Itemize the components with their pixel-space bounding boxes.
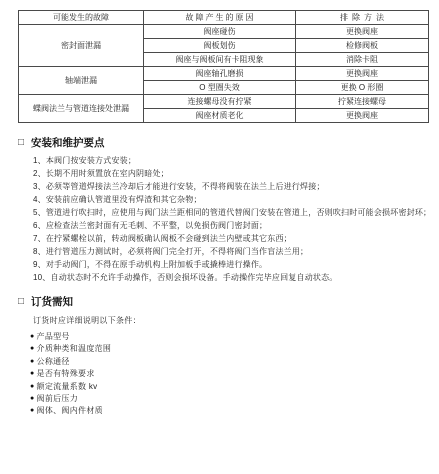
cause-cell: 连接螺母没有拧紧 — [144, 95, 296, 109]
list-item: 9、对手动阀门，不得在原手动机构上附加板手或撬棒进行操作。 — [33, 258, 428, 271]
section-checkbox-icon: □ — [18, 136, 24, 150]
list-item: 10、自动状态时不允许手动操作，否则会损坏设备。手动操作完毕应回复自动状态。 — [33, 271, 428, 284]
cause-cell: 阀座材质老化 — [144, 109, 296, 123]
bullet-icon: ● — [30, 368, 35, 380]
bullet-label: 额定流量系数 kv — [37, 381, 98, 393]
list-item: ● 额定流量系数 kv — [30, 381, 428, 393]
remedy-cell: 更换阀座 — [296, 25, 429, 39]
bullet-label: 介质种类和温度范围 — [37, 343, 112, 355]
document-page: 可能发生的故障 故障产生的原因 排除方法 密封面泄漏 阀座碰伤 更换阀座 阀板划… — [0, 0, 439, 474]
cause-cell: 阀座与阀板间有卡阻现象 — [144, 53, 296, 67]
cause-cell: 阀板划伤 — [144, 39, 296, 53]
order-section-title: 订货需知 — [31, 295, 73, 309]
header-remedy: 排除方法 — [296, 11, 429, 25]
fault-table: 可能发生的故障 故障产生的原因 排除方法 密封面泄漏 阀座碰伤 更换阀座 阀板划… — [18, 10, 429, 123]
bullet-icon: ● — [30, 381, 35, 393]
cause-cell: 阀座轴孔磨损 — [144, 67, 296, 81]
cause-cell: O 型圈失效 — [144, 81, 296, 95]
list-item: ● 产品型号 — [30, 331, 428, 343]
list-item: 5、管道进行吹扫时，应使用与阀门法兰距相同的管道代替阀门安装在管道上，否则吹扫时… — [33, 206, 428, 219]
header-fault-cause: 故障产生的原因 — [144, 11, 296, 25]
table-row: 轴端泄漏 阀座轴孔磨损 更换阀座 — [19, 67, 429, 81]
bullet-label: 是否有特殊要求 — [37, 368, 95, 380]
fault-cell-shaft-leak: 轴端泄漏 — [19, 67, 144, 95]
cause-cell: 阀座碰伤 — [144, 25, 296, 39]
remedy-cell: 更换阀座 — [296, 109, 429, 123]
install-section-heading: □ 安装和维护要点 — [18, 136, 428, 150]
list-item: 8、进行管道压力测试时，必须将阀门完全打开，不得将阀门当作盲法兰用； — [33, 245, 428, 258]
header-possible-fault: 可能发生的故障 — [19, 11, 144, 25]
table-row: 密封面泄漏 阀座碰伤 更换阀座 — [19, 25, 429, 39]
list-item: 1、本阀门按安装方式安装； — [33, 154, 428, 167]
list-item: 2、长期不用时须置放在室内阴暗处； — [33, 167, 428, 180]
install-item-list: 1、本阀门按安装方式安装； 2、长期不用时须置放在室内阴暗处； 3、必须等管道焊… — [33, 154, 428, 284]
remedy-cell: 消除卡阻 — [296, 53, 429, 67]
order-intro-text: 订货时应详细说明以下条件： — [33, 315, 428, 327]
order-bullet-list: ● 产品型号 ● 介质种类和温度范围 ● 公称通径 ● 是否有特殊要求 ● 额定… — [30, 331, 428, 418]
list-item: 7、在拧紧螺栓以前，转动阀板确认阀板不会碰到法兰内壁或其它东西； — [33, 232, 428, 245]
remedy-cell: 检修阀板 — [296, 39, 429, 53]
bullet-label: 公称通径 — [37, 356, 70, 368]
list-item: ● 阀前后压力 — [30, 393, 428, 405]
section-checkbox-icon: □ — [18, 295, 24, 309]
remedy-cell: 更换阀座 — [296, 67, 429, 81]
bullet-icon: ● — [30, 343, 35, 355]
list-item: 3、必须等管道焊接法兰冷却后才能进行安装，不得将阀装在法兰上后进行焊接； — [33, 180, 428, 193]
list-item: ● 公称通径 — [30, 356, 428, 368]
remedy-cell: 更换 O 形圈 — [296, 81, 429, 95]
list-item: 6、应检查法兰密封面有无毛刺、不平整，以免损伤阀门密封面； — [33, 219, 428, 232]
table-header-row: 可能发生的故障 故障产生的原因 排除方法 — [19, 11, 429, 25]
bullet-label: 产品型号 — [37, 331, 70, 343]
bullet-label: 阀体、阀内件材质 — [37, 405, 103, 417]
bullet-icon: ● — [30, 405, 35, 417]
list-item: 4、安装前应确认管道里没有焊渣和其它杂物； — [33, 193, 428, 206]
list-item: ● 阀体、阀内件材质 — [30, 405, 428, 417]
bullet-icon: ● — [30, 393, 35, 405]
remedy-cell: 拧紧连接螺母 — [296, 95, 429, 109]
fault-cell-seal-leak: 密封面泄漏 — [19, 25, 144, 67]
bullet-icon: ● — [30, 331, 35, 343]
install-section-title: 安装和维护要点 — [31, 136, 105, 150]
bullet-icon: ● — [30, 356, 35, 368]
bullet-label: 阀前后压力 — [37, 393, 79, 405]
table-row: 蝶阀法兰与管道连接处泄漏 连接螺母没有拧紧 拧紧连接螺母 — [19, 95, 429, 109]
order-section-heading: □ 订货需知 — [18, 295, 428, 309]
list-item: ● 是否有特殊要求 — [30, 368, 428, 380]
list-item: ● 介质种类和温度范围 — [30, 343, 428, 355]
fault-cell-flange-leak: 蝶阀法兰与管道连接处泄漏 — [19, 95, 144, 123]
